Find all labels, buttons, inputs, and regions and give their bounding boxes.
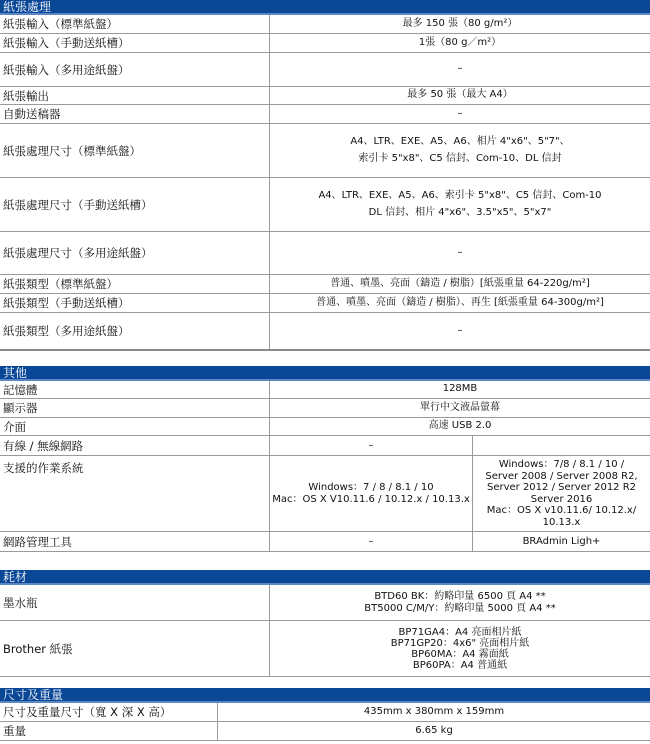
- row-value: 1張（80 g／m²）: [270, 34, 650, 52]
- row-value: A4、LTR、EXE、A5、A6、相片 4"x6"、5"7"、 索引卡 5"x8…: [270, 124, 650, 177]
- row-label: 有線 / 無線網路: [0, 436, 270, 455]
- table-row: 紙張輸入（標準紙盤） 最多 150 張（80 g/m²）: [0, 15, 650, 34]
- row-label: 紙張輸入（標準紙盤）: [0, 15, 270, 33]
- row-label: 自動送稿器: [0, 105, 270, 123]
- row-value: 最多 50 張（最大 A4）: [270, 87, 650, 104]
- row-value-wireless: [473, 436, 650, 455]
- value-line: BTD60 BK：約略印量 6500 頁 A4 **: [364, 591, 555, 603]
- value-line: BP71GA4：A4 亮面相片紙: [391, 627, 530, 638]
- table-row: 紙張輸入（多用途紙盤） –: [0, 53, 650, 87]
- row-label: 重量: [0, 722, 218, 740]
- table-row: 有線 / 無線網路 –: [0, 436, 650, 456]
- row-label: 紙張處理尺寸（標準紙盤）: [0, 124, 270, 177]
- row-value: –: [270, 313, 650, 349]
- row-label: 紙張類型（標準紙盤）: [0, 275, 270, 293]
- row-value: 6.65 kg: [218, 722, 650, 740]
- table-row: 紙張類型（標準紙盤） 普通、噴墨、亮面（鑄造 / 樹脂）[紙張重量 64-220…: [0, 275, 650, 294]
- row-value: –: [270, 53, 650, 86]
- table-row: 紙張處理尺寸（手動送紙槽） A4、LTR、EXE、A5、A6、索引卡 5"x8"…: [0, 178, 650, 232]
- row-label: 紙張輸入（手動送紙槽）: [0, 34, 270, 52]
- row-value: A4、LTR、EXE、A5、A6、索引卡 5"x8"、C5 信封、Com-10 …: [270, 178, 650, 231]
- other-section: 其他 記憶體 128MB 顯示器 單行中文液晶螢幕 介面 高速 USB 2.0 …: [0, 366, 650, 552]
- row-label: 顯示器: [0, 399, 270, 417]
- value-line: Windows：7 / 8 / 8.1 / 10: [272, 482, 470, 494]
- row-value: –: [270, 232, 650, 274]
- row-label: 紙張處理尺寸（多用途紙盤）: [0, 232, 270, 274]
- value-line: BP71GP20：4x6" 亮面相片紙: [391, 638, 530, 649]
- table-row: Brother 紙張 BP71GA4：A4 亮面相片紙 BP71GP20：4x6…: [0, 621, 650, 677]
- value-line: Server 2008 / Server 2008 R2,: [485, 471, 637, 483]
- row-value: –: [270, 105, 650, 123]
- section-header-supplies: 耗材: [0, 570, 650, 585]
- row-label: 紙張處理尺寸（手動送紙槽）: [0, 178, 270, 231]
- table-row: 紙張類型（多用途紙盤） –: [0, 313, 650, 351]
- value-line: 索引卡 5"x8"、C5 信封、Com-10、DL 信封: [350, 153, 569, 166]
- row-label: 介面: [0, 418, 270, 435]
- value-line: Mac：OS X v10.11.6/ 10.12.x/: [485, 505, 637, 517]
- row-label: 網路管理工具: [0, 532, 270, 551]
- row-label: 紙張類型（手動送紙槽）: [0, 294, 270, 312]
- value-line: DL 信封、相片 4"x6"、3.5"x5"、5"x7": [318, 207, 601, 220]
- section-header-other: 其他: [0, 366, 650, 381]
- table-row: 紙張處理尺寸（多用途紙盤） –: [0, 232, 650, 275]
- table-row: 墨水瓶 BTD60 BK：約略印量 6500 頁 A4 ** BT5000 C/…: [0, 585, 650, 621]
- table-row: 紙張輸出 最多 50 張（最大 A4）: [0, 87, 650, 105]
- section-header-dimensions: 尺寸及重量: [0, 688, 650, 703]
- paper-handling-section: 紙張處理 紙張輸入（標準紙盤） 最多 150 張（80 g/m²） 紙張輸入（手…: [0, 0, 650, 351]
- row-label: 紙張類型（多用途紙盤）: [0, 313, 270, 349]
- row-value-wired: –: [270, 532, 473, 551]
- row-label: 紙張輸出: [0, 87, 270, 104]
- row-value: 128MB: [270, 381, 650, 398]
- row-value-wired: –: [270, 436, 473, 455]
- row-value-wireless: BRAdmin Ligh+: [473, 532, 650, 551]
- supplies-section: 耗材 墨水瓶 BTD60 BK：約略印量 6500 頁 A4 ** BT5000…: [0, 570, 650, 677]
- table-row: 顯示器 單行中文液晶螢幕: [0, 399, 650, 418]
- row-label: 墨水瓶: [0, 585, 270, 620]
- row-value: 435mm x 380mm x 159mm: [218, 703, 650, 721]
- value-line: BP60MA：A4 霧面紙: [391, 649, 530, 660]
- value-line: Windows：7/8 / 8.1 / 10 /: [485, 459, 637, 471]
- table-row: 網路管理工具 – BRAdmin Ligh+: [0, 532, 650, 552]
- row-value-wireless: Windows：7/8 / 8.1 / 10 / Server 2008 / S…: [473, 456, 650, 531]
- table-row: 支援的作業系統 Windows：7 / 8 / 8.1 / 10 Mac：OS …: [0, 456, 650, 532]
- row-value-wired: Windows：7 / 8 / 8.1 / 10 Mac：OS X V10.11…: [270, 456, 473, 531]
- row-value: 普通、噴墨、亮面（鑄造 / 樹脂）[紙張重量 64-220g/m²]: [270, 275, 650, 293]
- value-line: Server 2016: [485, 494, 637, 506]
- table-row: 自動送稿器 –: [0, 105, 650, 124]
- table-row: 紙張類型（手動送紙槽） 普通、噴墨、亮面（鑄造 / 樹脂）、再生 [紙張重量 6…: [0, 294, 650, 313]
- value-line: 10.13.x: [485, 517, 637, 529]
- table-row: 記憶體 128MB: [0, 381, 650, 399]
- value-line: BT5000 C/M/Y：約略印量 5000 頁 A4 **: [364, 603, 555, 615]
- value-line: Server 2012 / Server 2012 R2: [485, 482, 637, 494]
- row-value: 普通、噴墨、亮面（鑄造 / 樹脂）、再生 [紙張重量 64-300g/m²]: [270, 294, 650, 312]
- row-value: 最多 150 張（80 g/m²）: [270, 15, 650, 33]
- table-row: 重量 6.65 kg: [0, 722, 650, 741]
- row-label: Brother 紙張: [0, 621, 270, 676]
- section-header-paper: 紙張處理: [0, 0, 650, 15]
- table-row: 介面 高速 USB 2.0: [0, 418, 650, 436]
- row-value: 單行中文液晶螢幕: [270, 399, 650, 417]
- row-label: 支援的作業系統: [0, 456, 270, 531]
- value-line: A4、LTR、EXE、A5、A6、索引卡 5"x8"、C5 信封、Com-10: [318, 190, 601, 203]
- table-row: 尺寸及重量尺寸（寬 X 深 X 高） 435mm x 380mm x 159mm: [0, 703, 650, 722]
- row-value: BP71GA4：A4 亮面相片紙 BP71GP20：4x6" 亮面相片紙 BP6…: [270, 621, 650, 676]
- table-row: 紙張輸入（手動送紙槽） 1張（80 g／m²）: [0, 34, 650, 53]
- row-label: 尺寸及重量尺寸（寬 X 深 X 高）: [0, 703, 218, 721]
- row-value: 高速 USB 2.0: [270, 418, 650, 435]
- table-row: 紙張處理尺寸（標準紙盤） A4、LTR、EXE、A5、A6、相片 4"x6"、5…: [0, 124, 650, 178]
- row-label: 紙張輸入（多用途紙盤）: [0, 53, 270, 86]
- dimensions-section: 尺寸及重量 尺寸及重量尺寸（寬 X 深 X 高） 435mm x 380mm x…: [0, 688, 650, 741]
- row-value: BTD60 BK：約略印量 6500 頁 A4 ** BT5000 C/M/Y：…: [270, 585, 650, 620]
- row-label: 記憶體: [0, 381, 270, 398]
- value-line: A4、LTR、EXE、A5、A6、相片 4"x6"、5"7"、: [350, 136, 569, 149]
- value-line: Mac：OS X V10.11.6 / 10.12.x / 10.13.x: [272, 494, 470, 506]
- value-line: BP60PA：A4 普通紙: [391, 660, 530, 671]
